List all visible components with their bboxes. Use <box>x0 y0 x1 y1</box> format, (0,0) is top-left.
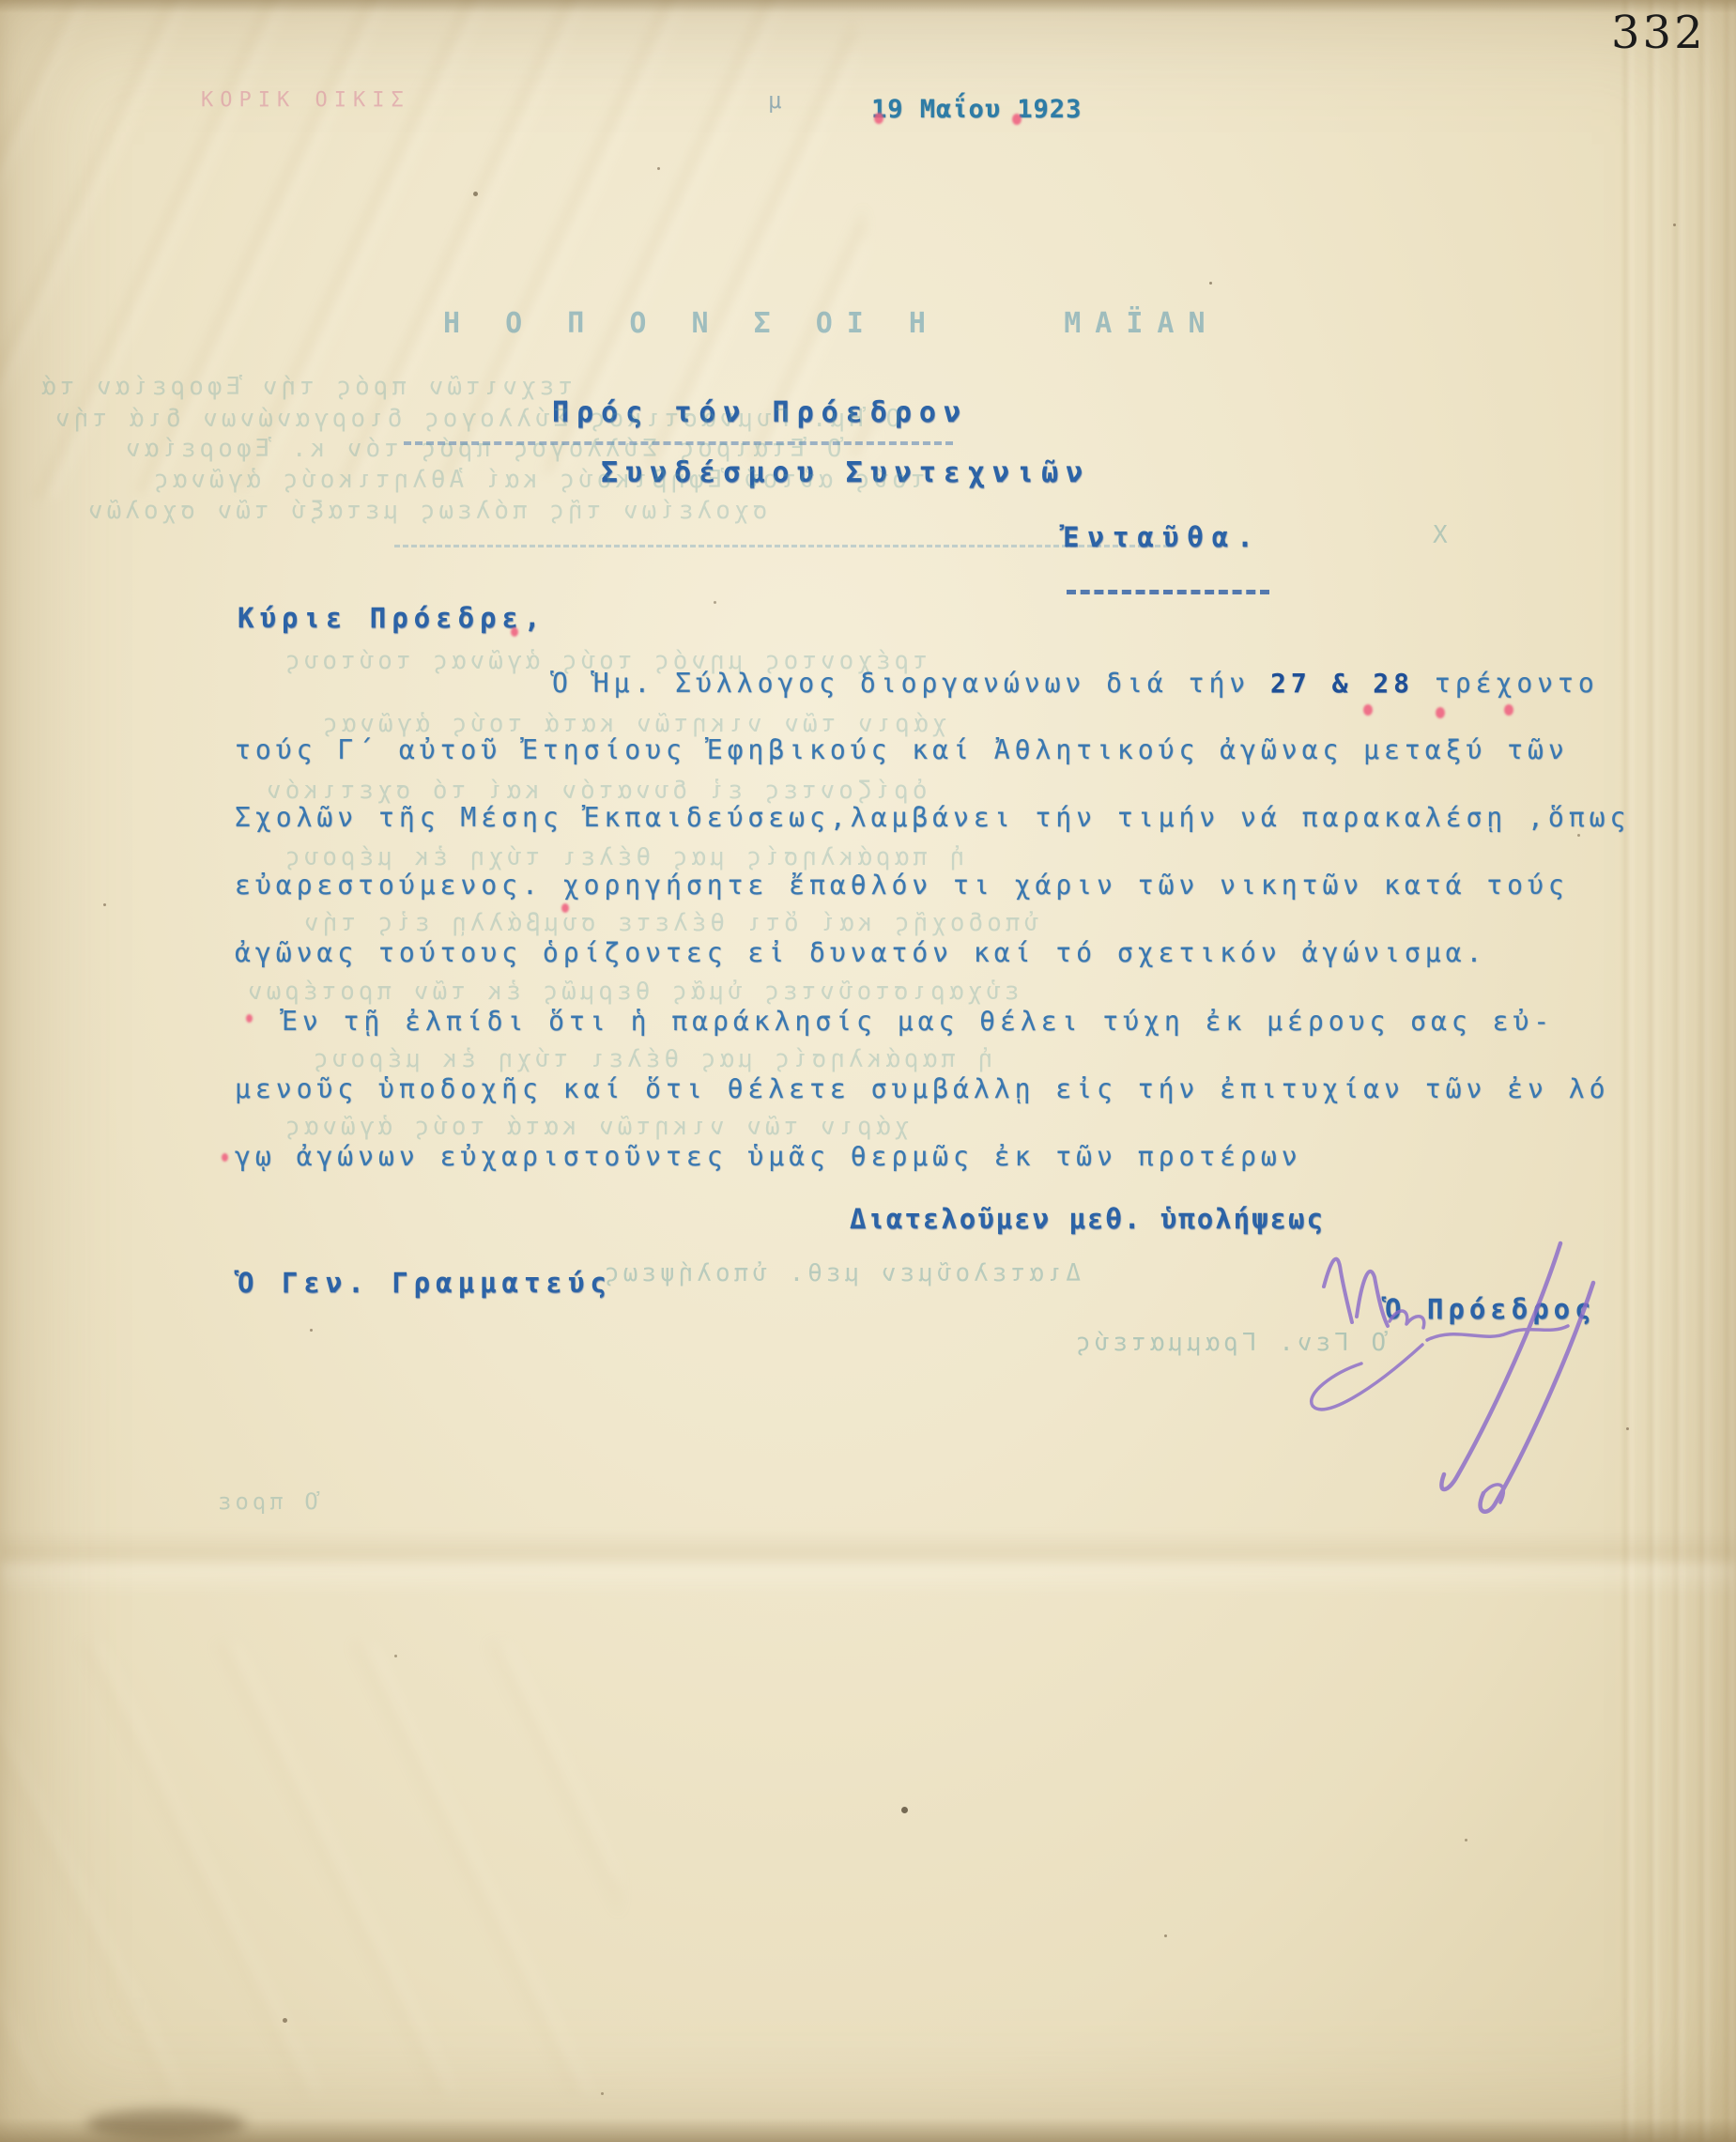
salutation: Κύριε Πρόεδρε, <box>238 603 545 634</box>
ghost-president-fragment: Ὁ προε <box>214 1489 318 1516</box>
ghost-text-top-left: ΚΟΡΙΚ ΟΙΚΙΣ <box>201 88 410 112</box>
body-p1-line3: Σχολῶν τῆς Μέσης Ἐκπαιδεύσεως,λαμβάνει τ… <box>235 803 1630 833</box>
paper-edge-bottom <box>0 2118 1736 2142</box>
letter-date: 19 Μαΐου 1923 <box>871 95 1082 124</box>
paper-stain <box>86 2109 246 2139</box>
ghost-line: σχολείων τῆς πόλεως μεταξύ τῶν σχολῶν <box>84 498 767 526</box>
red-ink-smudge <box>222 1153 228 1162</box>
red-ink-smudge <box>1504 704 1513 716</box>
dashed-underline-faint <box>394 545 1169 547</box>
dashed-underline-bold <box>1067 590 1269 594</box>
recipient-line-3: Ἐνταῦθα. <box>1063 522 1262 553</box>
body-p2-line1: Ἐν τῇ ἐλπίδι ὅτι ἡ παράκλησίς μας θέλει … <box>282 1007 1554 1037</box>
body-p1-line5: ἀγῶνας τούτους ὁρίζοντες εἰ δυνατόν καί … <box>235 938 1486 968</box>
ghost-line: ὑποδοχῆς καί ὅτι θέλετε συμβάλλῃ εἰς τήν <box>300 910 1038 938</box>
paper-specks <box>0 0 3 3</box>
paper-crease-middle <box>0 1531 1736 1596</box>
body-p1-line1: Ὁ Ἡμ. Σύλλογος διοργανώνων διά τήν 27 & … <box>552 669 1599 699</box>
ghost-line: ἡ παράκλησίς μας θέλει τύχη ἐκ μέρους <box>310 1046 992 1074</box>
page-number: 332 <box>1611 8 1706 59</box>
letter-page: 332 ΚΟΡΙΚ ΟΙΚΙΣ μ 19 Μαΐου 1923 Η Ο Π Ο … <box>0 0 1736 2142</box>
ghost-closing-mirror: Διατελοῦμεν μεθ. ὑπολήψεως <box>601 1260 1081 1288</box>
paper-crease-right <box>1623 0 1736 2142</box>
body-p1-line1-c: τρέχοντο <box>1414 668 1599 699</box>
ghost-x-mark: Χ <box>1433 522 1448 550</box>
body-p1-line4: εὐαρεστούμενος. χορηγήσητε ἔπαθλόν τι χά… <box>235 871 1569 901</box>
ghost-line: εὐχαριστοῦντες ὑμᾶς θερμῶς ἐκ τῶν προτέρ… <box>244 979 1019 1007</box>
ghost-line: ἡ παράκλησίς μας θέλει τύχη ἐκ μέρους <box>282 844 964 872</box>
ghost-line: χάριν τῶν νικητῶν κατά τούς ἀγῶνας <box>282 1114 909 1142</box>
red-ink-smudge <box>246 1014 253 1023</box>
president-title: Ὁ Πρόεδρος <box>1385 1294 1596 1325</box>
stray-mu-mark: μ <box>768 88 781 115</box>
ghost-header-capitals: Η Ο Π Ο Ν Σ ΟΙ Η ΜΑΪΑΝ <box>443 308 1220 341</box>
secretary-title: Ὁ Γεν. Γραμματεύς <box>238 1268 612 1299</box>
president-signature <box>1258 1230 1643 1531</box>
body-p1-line1-a: Ὁ Ἡμ. Σύλλογος διοργανώνων διά τήν <box>552 668 1270 699</box>
ghost-line: Ὁ Ἡμ. Γυμναστικός Σύλλογος διοργανώνων δ… <box>52 406 900 434</box>
paper-edge-top <box>0 0 1736 13</box>
red-ink-smudge <box>1363 704 1373 716</box>
paper-crease-bottomleft <box>0 1643 620 2094</box>
body-p2-line3: γῳ ἀγώνων εὐχαριστοῦντες ὑμᾶς θερμῶς ἐκ … <box>235 1142 1302 1172</box>
body-p1-line1-dates: 27 & 28 <box>1270 668 1414 699</box>
ghost-line: τεχνιτῶν πρός τήν Ἐφορείαν τά <box>38 374 573 402</box>
red-ink-smudge <box>1436 707 1445 718</box>
body-p2-line2: μενοῦς ὑποδοχῆς καί ὅτι θέλετε συμβάλλῃ … <box>235 1074 1609 1104</box>
ghost-secretary-mirror: Ὁ Γεν. Γραμματεύς <box>1072 1330 1386 1358</box>
ghost-line: τούς αὐτοῦ Ἐφηβικούς καί Ἀθλητικούς ἀγῶν… <box>150 467 925 495</box>
closing-formula: Διατελοῦμεν μεθ. ὑπολήψεως <box>850 1204 1325 1235</box>
ghost-line: Ὁ Ἑταιρος Σύλλογος πρός τόν κ. Ἐφορείαν <box>122 436 841 464</box>
body-p1-line2: τούς Γ΄ αὐτοῦ Ἐτησίους Ἐφηβικούς καί Ἀθλ… <box>235 735 1569 765</box>
